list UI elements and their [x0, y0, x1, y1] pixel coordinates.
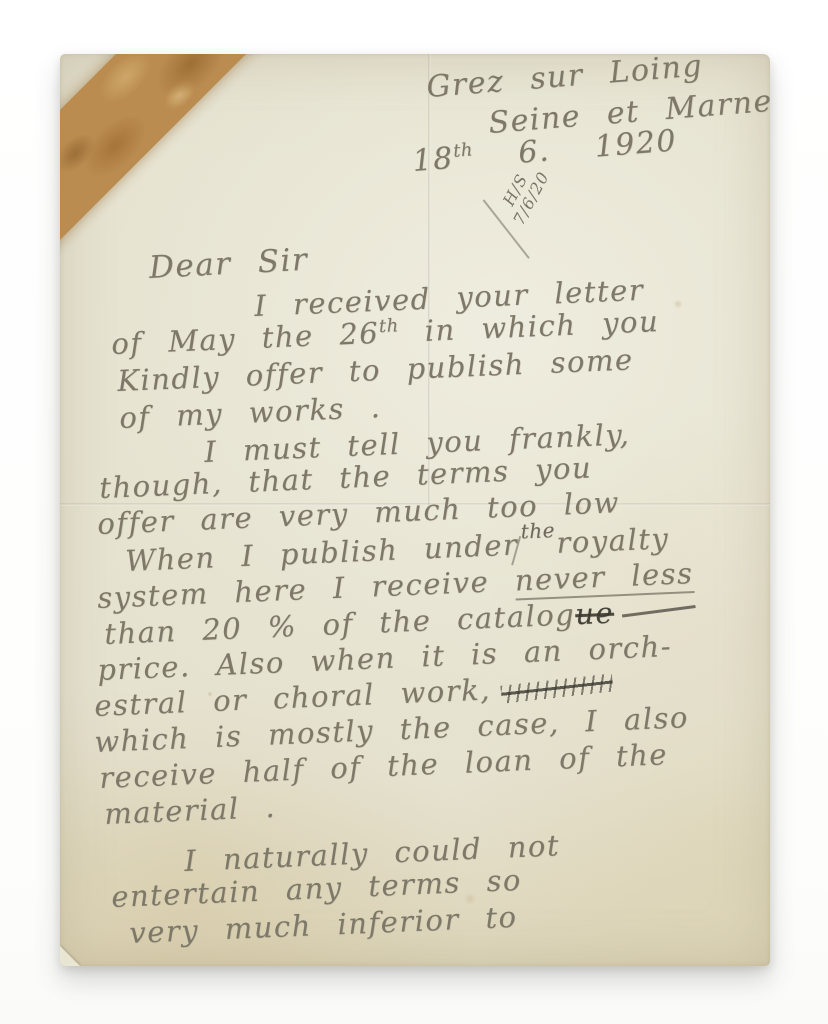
line-text: material . [104, 790, 277, 831]
letter-paper: Grez sur Loing Seine et Marne 18th 6. 19… [60, 54, 770, 966]
salutation: Dear Sir [148, 242, 309, 286]
lifted-corner [60, 946, 80, 966]
inserted-word: the [520, 518, 555, 543]
letter-photograph: Grez sur Loing Seine et Marne 18th 6. 19… [0, 0, 828, 1024]
strike-dash [622, 605, 696, 618]
body-line-15: material . [104, 790, 277, 831]
date-day: 18 [411, 141, 455, 179]
struck-out-letters: ue [574, 596, 614, 632]
salutation-text: Dear Sir [148, 242, 309, 286]
line-text: royalty [556, 521, 670, 560]
scribbled-out-word [500, 673, 613, 703]
date-ordinal-suffix: th [452, 139, 473, 161]
ordinal-suffix: th [378, 315, 399, 337]
tape-stain [60, 54, 279, 254]
